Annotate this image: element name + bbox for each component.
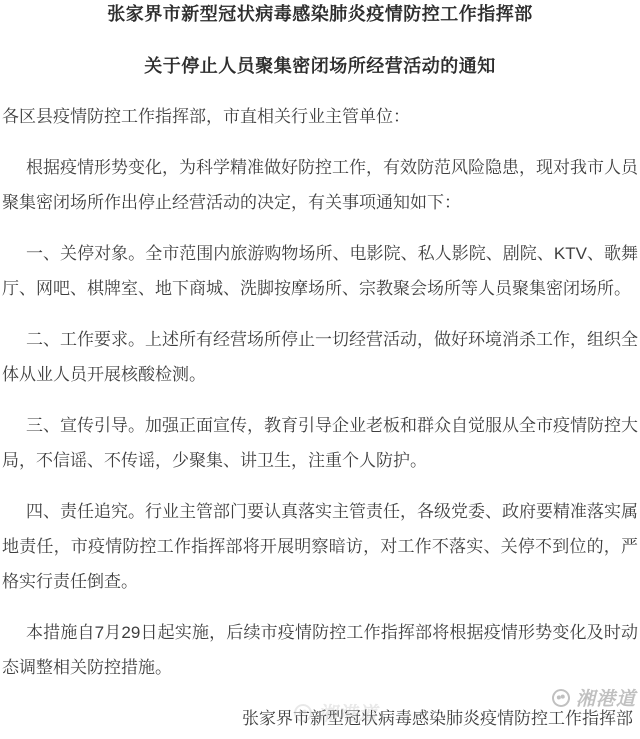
body-paragraph-closing: 本措施自7月29日起实施，后续市疫情防控工作指挥部将根据疫情形势变化及时动态调整… [2,615,638,685]
body-paragraph-item-3: 三、宣传引导。加强正面宣传，教育引导企业老板和群众自觉服从全市疫情防控大局，不信… [2,408,638,478]
salutation: 各区县疫情防控工作指挥部，市直相关行业主管单位： [2,99,638,134]
body-paragraph-item-4: 四、责任追究。行业主管部门要认真落实主管责任，各级党委、政府要精准落实属地责任，… [2,494,638,599]
notice-document: 张家界市新型冠状病毒感染肺炎疫情防控工作指挥部 关于停止人员聚集密闭场所经营活动… [0,3,640,736]
body-paragraph-item-2: 二、工作要求。上述所有经营场所停止一切经营活动，做好环境消杀工作，组织全体从业人… [2,322,638,392]
body-paragraph-intro: 根据疫情形势变化，为科学精准做好防控工作，有效防范风险隐患，现对我市人员聚集密闭… [2,150,638,220]
org-title: 张家界市新型冠状病毒感染肺炎疫情防控工作指挥部 [2,3,638,25]
body-paragraph-item-1: 一、关停对象。全市范围内旅游购物场所、电影院、私人影院、剧院、KTV、歌舞厅、网… [2,236,638,306]
notice-title: 关于停止人员聚集密闭场所经营活动的通知 [2,55,638,77]
signature: 张家界市新型冠状病毒感染肺炎疫情防控工作指挥部 [2,701,638,736]
